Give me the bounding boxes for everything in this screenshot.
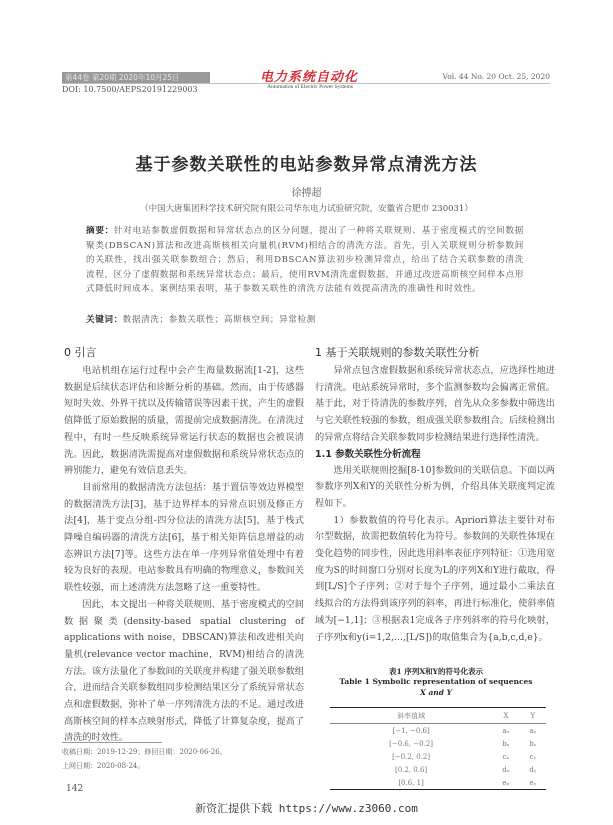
affiliation: （中国大唐集团科学技术研究院有限公司华东电力试验研究院，安徽省合肥市 23003…: [0, 202, 613, 214]
table-cell: [0.6, 1]: [330, 776, 492, 790]
footnote-divider: [62, 742, 162, 743]
doi: DOI: 10.7500/AEPS20191229003: [62, 85, 198, 94]
paragraph: 1）参数数值的符号化表示。Apriori算法主要针对布尔型数据，故需把数值转化为…: [315, 513, 555, 647]
table-row: [−0.2, 0.2] cₓ cᵧ: [330, 750, 546, 763]
table-row: [0.2, 0.6] dₓ dᵧ: [330, 763, 546, 776]
subsection-heading-1-1: 1.1 参数关联性分析流程: [315, 447, 555, 463]
section-heading-1: 1 基于关联规则的参数关联性分析: [315, 343, 555, 363]
table-caption-en-2: X and Y: [312, 688, 560, 697]
section-heading-intro: 0 引言: [64, 343, 304, 363]
table-header: X: [492, 708, 520, 724]
table-cell: aᵧ: [520, 724, 546, 738]
table-cell: eᵧ: [520, 776, 546, 790]
table-cell: [−1, −0.6]: [330, 724, 492, 738]
footnote-online: 上网日期：2020-08-24。: [62, 761, 262, 771]
table-cell: dᵧ: [520, 763, 546, 776]
table-cell: [−0.2, 0.2]: [330, 750, 492, 763]
download-watermark: 新资汇提供下载 https://www.z3060.com: [0, 800, 613, 816]
table-cell: bᵧ: [520, 737, 546, 750]
paragraph: 选用关联规则挖掘[8-10]参数间的关联信息。下面以两参数序列X和Y的关联性分析…: [315, 463, 555, 513]
abstract: 摘要：针对电站参数虚假数据和异常状态点的区分问题，提出了一种将关联规则、基于密度…: [86, 224, 524, 297]
table-cell: aₓ: [492, 724, 520, 738]
issue-info-bar: 第44卷 第20期 2020年10月25日: [62, 72, 210, 83]
abstract-label: 摘要：: [86, 226, 114, 236]
paragraph: 电站机组在运行过程中会产生海量数据流[1-2]，这些数据是后续状态评估和诊断分析…: [64, 363, 304, 480]
table-cell: [0.2, 0.6]: [330, 763, 492, 776]
table-row: [−1, −0.6] aₓ aᵧ: [330, 724, 546, 738]
keywords-text: 数据清洗；参数关联性；高斯核空间；异常检测: [123, 315, 316, 325]
table-cell: cₓ: [492, 750, 520, 763]
footnote-received: 收稿日期：2019-12-29；修回日期：2020-06-26。: [62, 747, 262, 757]
volume-info: Vol. 44 No. 20 Oct. 25, 2020: [420, 72, 550, 81]
abstract-text: 针对电站参数虚假数据和异常状态点的区分问题，提出了一种将关联规则、基于密度模式的…: [86, 226, 524, 294]
table-row: [−0.6, −0.2] bₓ bᵧ: [330, 737, 546, 750]
right-column: 1 基于关联规则的参数关联性分析 异常点包含虚假数据和系统异常状态点，应选择性地…: [315, 343, 555, 646]
table-cell: [−0.6, −0.2]: [330, 737, 492, 750]
keywords: 关键词：数据清洗；参数关联性；高斯核空间；异常检测: [86, 313, 524, 327]
table-cell: bₓ: [492, 737, 520, 750]
table-caption-cn: 表1 序列X和Y的符号化表示: [312, 666, 560, 677]
table-header: Y: [520, 708, 546, 724]
author: 徐搏超: [0, 184, 613, 199]
keywords-label: 关键词：: [86, 315, 123, 325]
table-cell: cᵧ: [520, 750, 546, 763]
table-header: 斜率值域: [330, 708, 492, 724]
paragraph: 因此，本文提出一种将关联规则、基于密度模式的空间数据聚类(density-bas…: [64, 597, 304, 747]
symbol-table: 斜率值域 X Y [−1, −0.6] aₓ aᵧ [−0.6, −0.2] b…: [330, 707, 546, 790]
journal-logo-cn: 电力系统自动化: [254, 66, 364, 85]
journal-name-en: Automation of Electric Power Systems: [240, 84, 380, 90]
table-row: [0.6, 1] eₓ eᵧ: [330, 776, 546, 790]
paper-title: 基于参数关联性的电站参数异常点清洗方法: [0, 150, 613, 175]
paragraph: 异常点包含虚假数据和系统异常状态点，应选择性地进行清洗。电站系统异常时，多个监测…: [315, 363, 555, 447]
left-column: 0 引言 电站机组在运行过程中会产生海量数据流[1-2]，这些数据是后续状态评估…: [64, 343, 304, 747]
page-number: 142: [66, 784, 83, 794]
paragraph: 目前常用的数据清洗方法包括：基于置信等效边界模型的数据清洗方法[3]，基于边界样…: [64, 480, 304, 597]
table-cell: eₓ: [492, 776, 520, 790]
table-caption-en: Table 1 Symbolic representation of seque…: [312, 677, 560, 686]
table-cell: dₓ: [492, 763, 520, 776]
